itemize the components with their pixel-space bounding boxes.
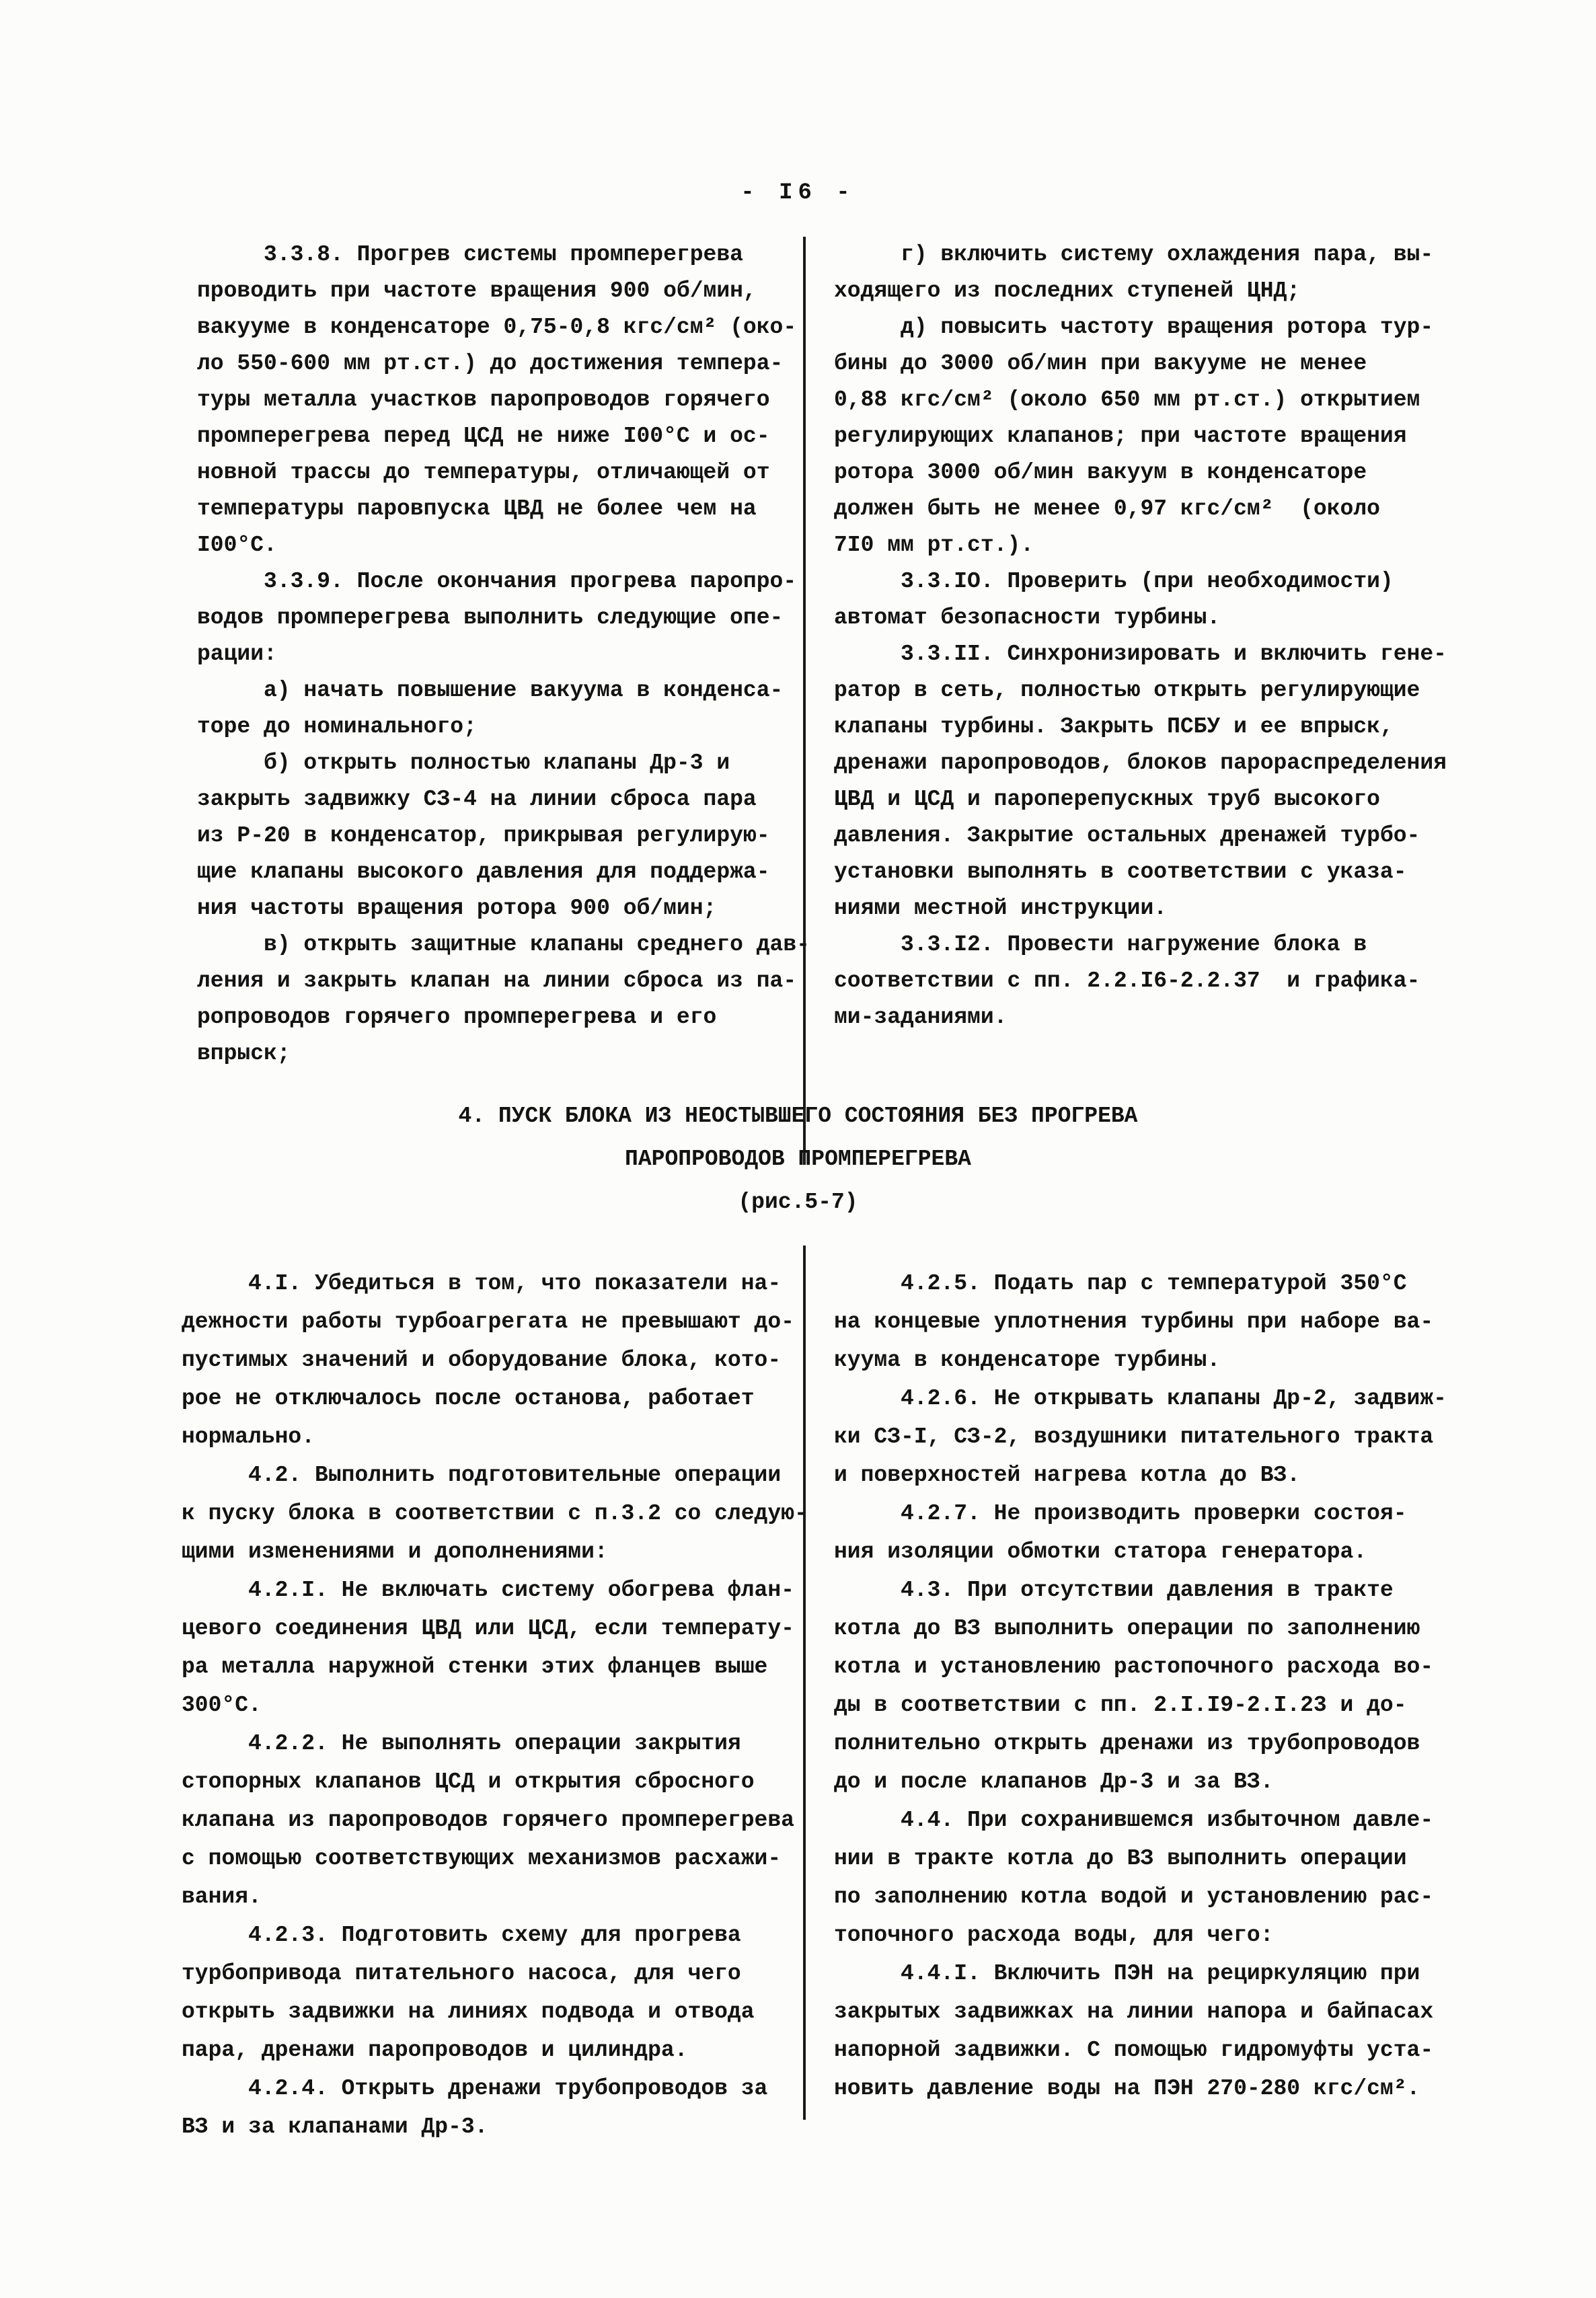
text-line: нормально. bbox=[182, 1418, 808, 1456]
text-line: котла и установлению растопочного расход… bbox=[834, 1648, 1447, 1686]
text-line: 4.2.7. Не производить проверки состоя- bbox=[834, 1494, 1447, 1533]
text-line: топочного расхода воды, для чего: bbox=[834, 1916, 1447, 1954]
text-line: 4.2.4. Открыть дренажи трубопроводов за bbox=[182, 2069, 808, 2108]
text-line: 300°С. bbox=[182, 1686, 808, 1724]
text-line: стопорных клапанов ЦСД и открытия сбросн… bbox=[182, 1763, 808, 1801]
text-line: I00°С. bbox=[197, 527, 810, 564]
section-heading: 4. ПУСК БЛОКА ИЗ НЕОСТЫВШЕГО СОСТОЯНИЯ Б… bbox=[0, 1095, 1596, 1224]
text-line: д) повысить частоту вращения ротора тур- bbox=[834, 309, 1447, 346]
text-line: напорной задвижки. С помощью гидромуфты … bbox=[834, 2031, 1447, 2069]
text-line: дренажи паропроводов, блоков парораспред… bbox=[834, 745, 1447, 781]
text-line: ЦВД и ЦСД и пароперепускных труб высоког… bbox=[834, 781, 1447, 818]
text-line: давления. Закрытие остальных дренажей ту… bbox=[834, 818, 1447, 854]
text-line: соответствии с пп. 2.2.I6-2.2.37 и графи… bbox=[834, 963, 1447, 999]
text-line: регулирующих клапанов; при частоте враще… bbox=[834, 418, 1447, 455]
top-right-column: г) включить систему охлаждения пара, вы-… bbox=[834, 237, 1447, 1036]
text-line: новной трассы до температуры, отличающей… bbox=[197, 455, 810, 491]
text-line: ходящего из последних ступеней ЦНД; bbox=[834, 273, 1447, 309]
text-line: пара, дренажи паропроводов и цилиндра. bbox=[182, 2031, 808, 2069]
text-line: 4.2.6. Не открывать клапаны Др-2, задвиж… bbox=[834, 1379, 1447, 1418]
text-line: впрыск; bbox=[197, 1036, 810, 1072]
text-line: 7I0 мм рт.ст.). bbox=[834, 527, 1447, 564]
text-line: ми-заданиями. bbox=[834, 999, 1447, 1036]
text-line: закрытых задвижках на линии напора и бай… bbox=[834, 1993, 1447, 2031]
text-line: клапана из паропроводов горячего промпер… bbox=[182, 1801, 808, 1839]
text-line: 4.2.I. Не включать систему обогрева флан… bbox=[182, 1571, 808, 1609]
text-line: 4.2.3. Подготовить схему для прогрева bbox=[182, 1916, 808, 1954]
text-line: полнительно открыть дренажи из трубопров… bbox=[834, 1724, 1447, 1763]
text-line: ния изоляции обмотки статора генератора. bbox=[834, 1533, 1447, 1571]
text-line: температуры паровпуска ЦВД не более чем … bbox=[197, 491, 810, 527]
text-line: вания. bbox=[182, 1878, 808, 1916]
text-line: до и после клапанов Др-3 и за ВЗ. bbox=[834, 1763, 1447, 1801]
text-line: 4.4.I. Включить ПЭН на рециркуляцию при bbox=[834, 1954, 1447, 1993]
text-line: котла до ВЗ выполнить операции по заполн… bbox=[834, 1609, 1447, 1648]
text-line: бины до 3000 об/мин при вакууме не менее bbox=[834, 346, 1447, 382]
text-line: 4.2.5. Подать пар с температурой 350°С bbox=[834, 1264, 1447, 1303]
text-line: 3.3.IO. Проверить (при необходимости) bbox=[834, 564, 1447, 600]
text-line: 3.3.II. Синхронизировать и включить гене… bbox=[834, 636, 1447, 673]
bottom-right-column: 4.2.5. Подать пар с температурой 350°Сна… bbox=[834, 1264, 1447, 2108]
text-line: с помощью соответствующих механизмов рас… bbox=[182, 1839, 808, 1878]
text-line: ления и закрыть клапан на линии сброса и… bbox=[197, 963, 810, 999]
text-line: ропроводов горячего промперегрева и его bbox=[197, 999, 810, 1036]
page-number: - I6 - bbox=[0, 180, 1596, 206]
text-line: 4.2. Выполнить подготовительные операции bbox=[182, 1456, 808, 1494]
text-line: в) открыть защитные клапаны среднего дав… bbox=[197, 927, 810, 963]
text-line: установки выполнять в соответствии с ука… bbox=[834, 854, 1447, 890]
text-line: щие клапаны высокого давления для поддер… bbox=[197, 854, 810, 890]
text-line: 4. ПУСК БЛОКА ИЗ НЕОСТЫВШЕГО СОСТОЯНИЯ Б… bbox=[0, 1095, 1596, 1138]
top-left-column: 3.3.8. Прогрев системы промперегревапров… bbox=[197, 237, 810, 1072]
text-line: ротора 3000 об/мин вакуум в конденсаторе bbox=[834, 455, 1447, 491]
text-line: 3.3.I2. Провести нагружение блока в bbox=[834, 927, 1447, 963]
text-line: щими изменениями и дополнениями: bbox=[182, 1533, 808, 1571]
text-line: к пуску блока в соответствии с п.3.2 со … bbox=[182, 1494, 808, 1533]
text-line: ло 550-600 мм рт.ст.) до достижения темп… bbox=[197, 346, 810, 382]
text-line: автомат безопасности турбины. bbox=[834, 600, 1447, 636]
text-line: ПАРОПРОВОДОВ ПРОМПЕРЕГРЕВА bbox=[0, 1138, 1596, 1181]
text-line: ниями местной инструкции. bbox=[834, 890, 1447, 927]
text-line: турбопривода питательного насоса, для че… bbox=[182, 1954, 808, 1993]
text-line: открыть задвижки на линиях подвода и отв… bbox=[182, 1993, 808, 2031]
text-line: нии в тракте котла до ВЗ выполнить опера… bbox=[834, 1839, 1447, 1878]
text-line: туры металла участков паропроводов горяч… bbox=[197, 382, 810, 418]
text-line: ВЗ и за клапанами Др-3. bbox=[182, 2108, 808, 2146]
text-line: проводить при частоте вращения 900 об/ми… bbox=[197, 273, 810, 309]
text-line: г) включить систему охлаждения пара, вы- bbox=[834, 237, 1447, 273]
text-line: промперегрева перед ЦСД не ниже I00°С и … bbox=[197, 418, 810, 455]
text-line: клапаны турбины. Закрыть ПСБУ и ее впрыс… bbox=[834, 709, 1447, 745]
text-line: дежности работы турбоагрегата не превыша… bbox=[182, 1303, 808, 1341]
text-line: цевого соединения ЦВД или ЦСД, если темп… bbox=[182, 1609, 808, 1648]
text-line: 0,88 кгс/см² (около 650 мм рт.ст.) откры… bbox=[834, 382, 1447, 418]
text-line: пустимых значений и оборудование блока, … bbox=[182, 1341, 808, 1379]
bottom-left-column: 4.I. Убедиться в том, что показатели на-… bbox=[182, 1264, 808, 2146]
text-line: рое не отключалось после останова, работ… bbox=[182, 1379, 808, 1418]
text-line: 3.3.9. После окончания прогрева паропро- bbox=[197, 564, 810, 600]
text-line: ра металла наружной стенки этих фланцев … bbox=[182, 1648, 808, 1686]
text-line: на концевые уплотнения турбины при набор… bbox=[834, 1303, 1447, 1341]
text-line: б) открыть полностью клапаны Др-3 и bbox=[197, 745, 810, 781]
text-line: 4.I. Убедиться в том, что показатели на- bbox=[182, 1264, 808, 1303]
text-line: 4.4. При сохранившемся избыточном давле- bbox=[834, 1801, 1447, 1839]
text-line: новить давление воды на ПЭН 270-280 кгс/… bbox=[834, 2069, 1447, 2108]
text-line: торе до номинального; bbox=[197, 709, 810, 745]
text-line: ды в соответствии с пп. 2.I.I9-2.I.23 и … bbox=[834, 1686, 1447, 1724]
text-line: и поверхностей нагрева котла до ВЗ. bbox=[834, 1456, 1447, 1494]
text-line: 4.2.2. Не выполнять операции закрытия bbox=[182, 1724, 808, 1763]
text-line: 3.3.8. Прогрев системы промперегрева bbox=[197, 237, 810, 273]
text-line: (рис.5-7) bbox=[0, 1181, 1596, 1224]
text-line: а) начать повышение вакуума в конденса- bbox=[197, 673, 810, 709]
text-line: по заполнению котла водой и установлению… bbox=[834, 1878, 1447, 1916]
text-line: ратор в сеть, полностью открыть регулиру… bbox=[834, 673, 1447, 709]
scanned-document-page: - I6 - 3.3.8. Прогрев системы промперегр… bbox=[0, 0, 1596, 2298]
text-line: куума в конденсаторе турбины. bbox=[834, 1341, 1447, 1379]
text-line: рации: bbox=[197, 636, 810, 673]
text-line: вакууме в конденсаторе 0,75-0,8 кгс/см² … bbox=[197, 309, 810, 346]
text-line: из Р-20 в конденсатор, прикрывая регулир… bbox=[197, 818, 810, 854]
text-line: ния частоты вращения ротора 900 об/мин; bbox=[197, 890, 810, 927]
text-line: должен быть не менее 0,97 кгс/см² (около bbox=[834, 491, 1447, 527]
text-line: водов промперегрева выполнить следующие … bbox=[197, 600, 810, 636]
text-line: ки СЗ-I, СЗ-2, воздушники питательного т… bbox=[834, 1418, 1447, 1456]
text-line: закрыть задвижку СЗ-4 на линии сброса па… bbox=[197, 781, 810, 818]
text-line: 4.3. При отсутствии давления в тракте bbox=[834, 1571, 1447, 1609]
